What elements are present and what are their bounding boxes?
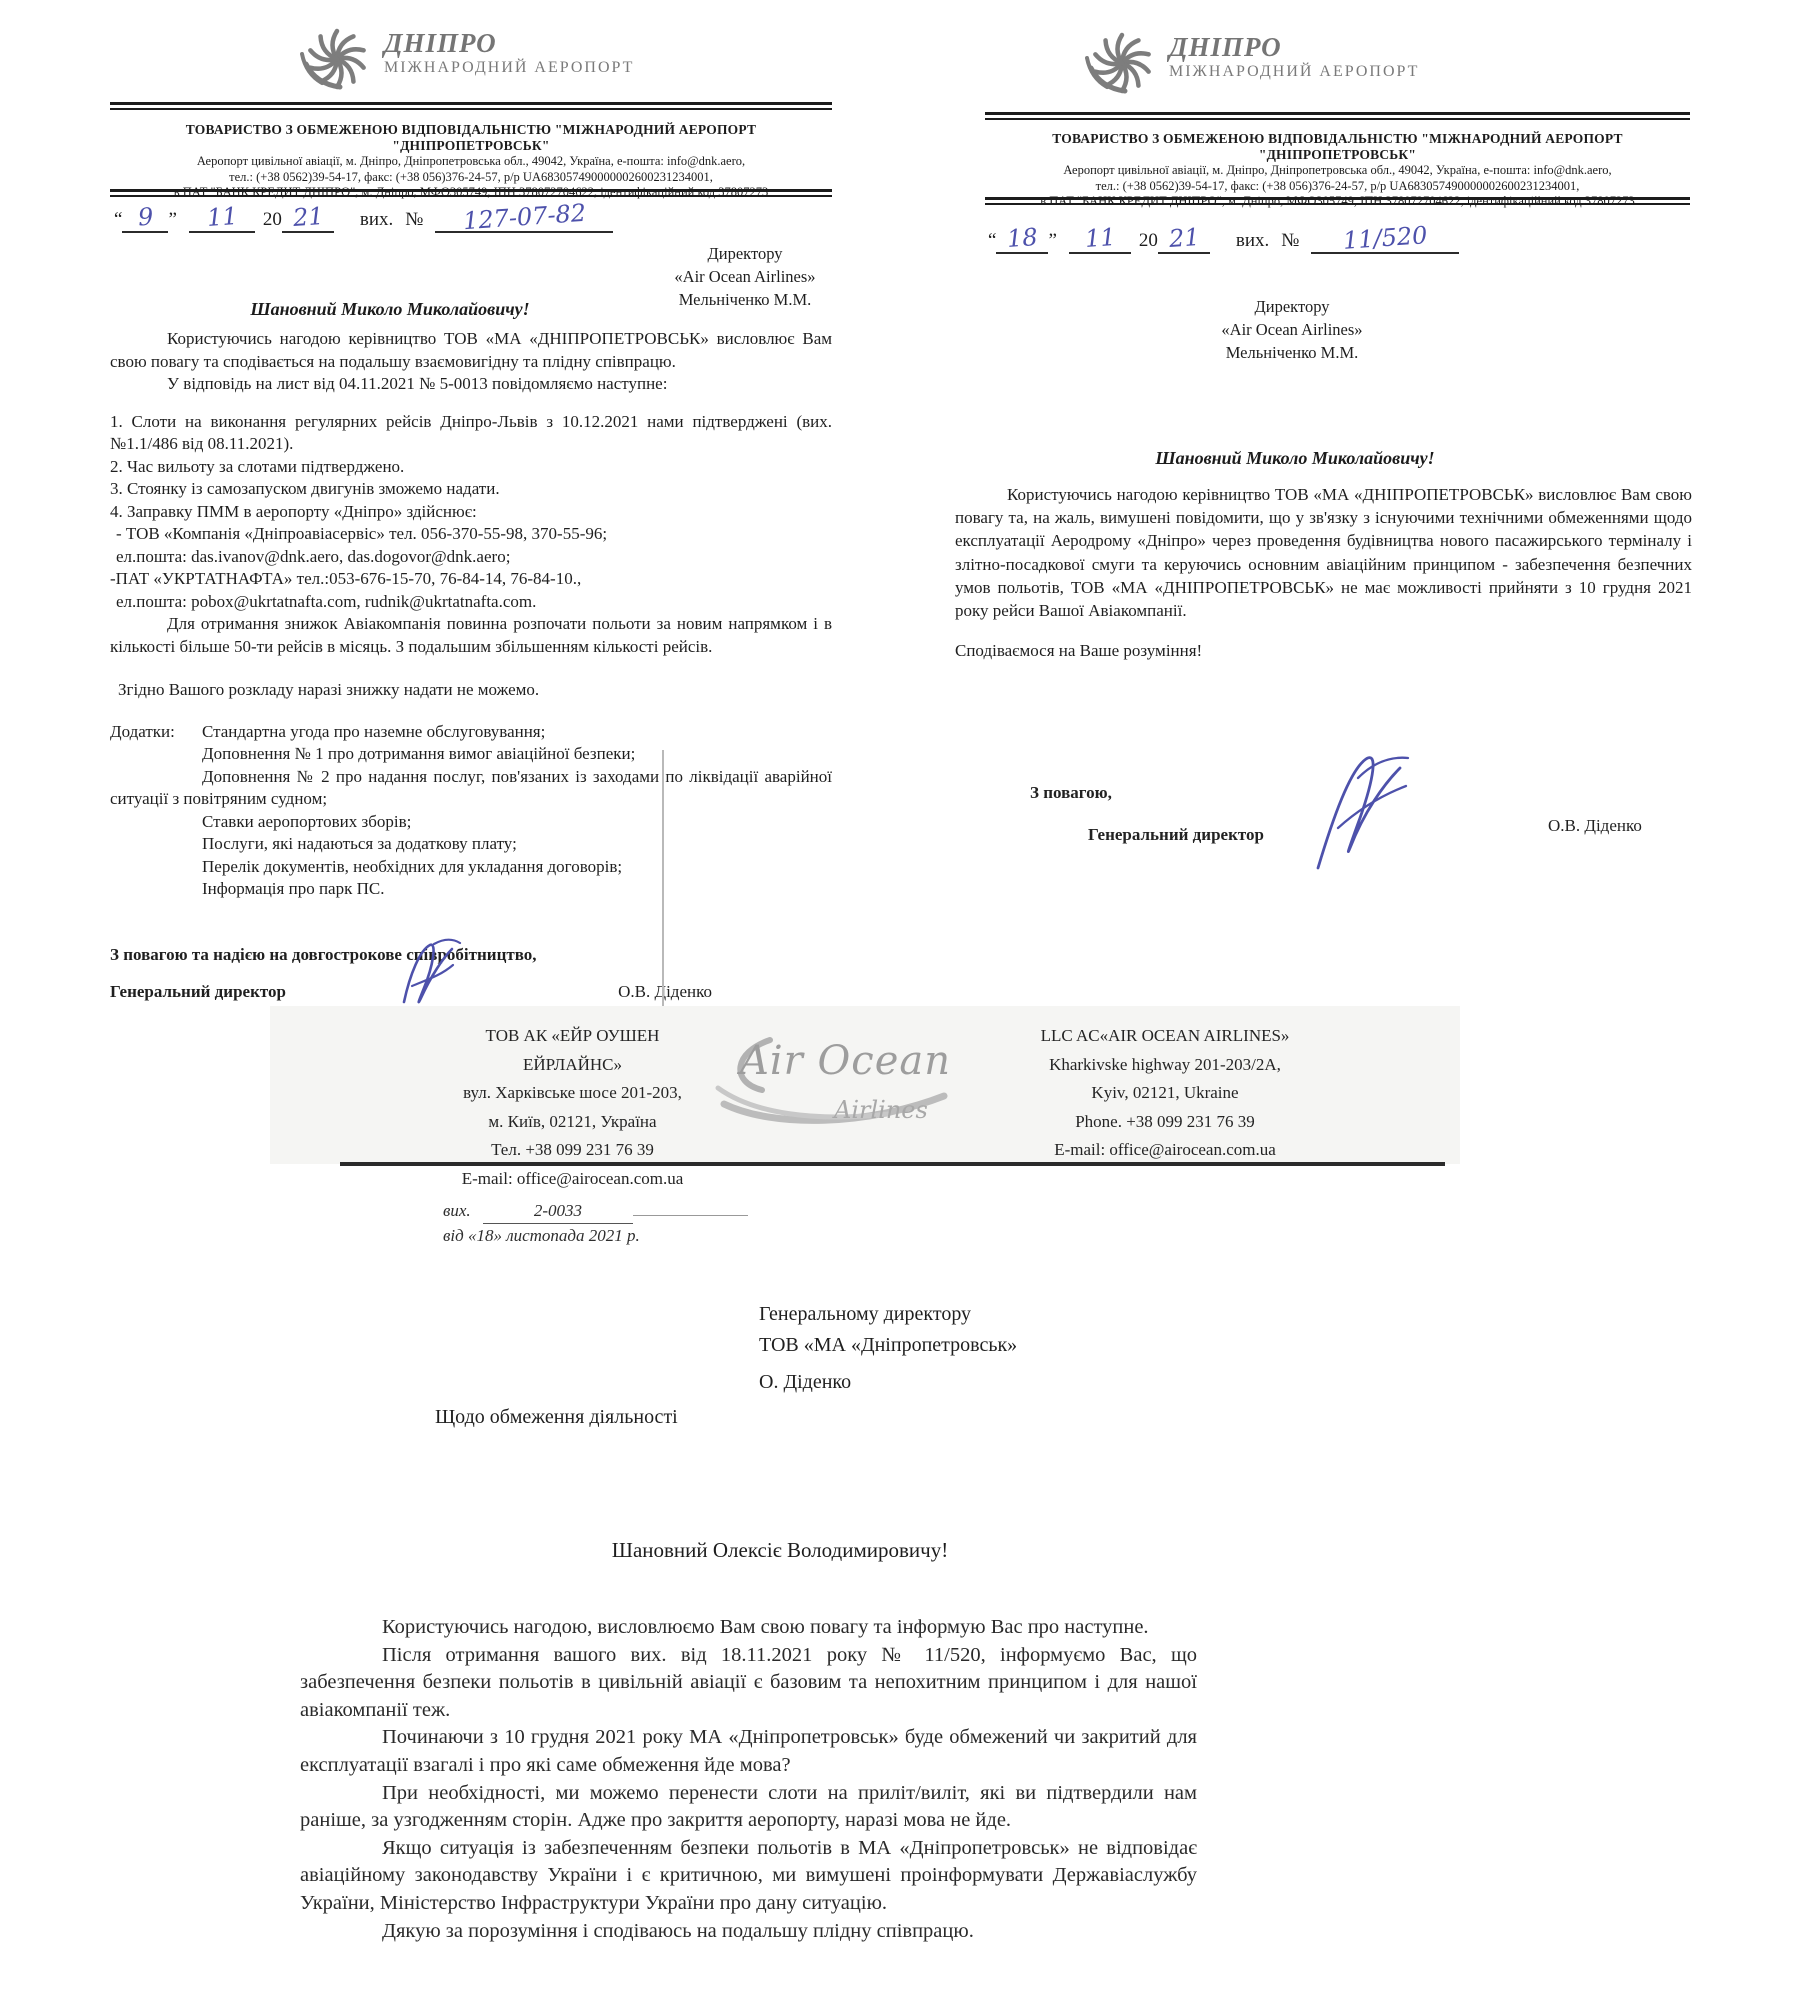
outgoing-ref-line: вих. 2-0033 — [443, 1193, 748, 1224]
ref-number: 2-0033 — [534, 1201, 582, 1220]
header-line: Kharkivske highway 201-203/2A, — [1015, 1051, 1315, 1080]
header-line: E-mail: office@airocean.com.ua — [1015, 1136, 1315, 1165]
header-line: LLC AC«AIR OCEAN AIRLINES» — [1015, 1022, 1315, 1051]
addressee-block: Генеральному директору ТОВ «МА «Дніпропе… — [759, 1299, 1017, 1398]
header-line: E-mail: office@airocean.com.ua — [440, 1165, 705, 1194]
air-ocean-logo-text: Air Ocean — [740, 1038, 951, 1084]
ref-label: вих. — [443, 1201, 471, 1220]
header-divider-rule — [340, 1162, 1445, 1166]
addressee-line: Генеральному директору — [759, 1299, 1017, 1330]
subject-line: Щодо обмеження діяльності — [435, 1406, 678, 1429]
bottom-letter: ТОВ АК «ЕЙР ОУШЕН ЕЙРЛАЙНС» вул. Харківс… — [0, 0, 1800, 2000]
header-line: м. Київ, 02121, Україна — [440, 1108, 705, 1137]
body-paragraph: Після отримання вашого вих. від 18.11.20… — [300, 1642, 1197, 1725]
air-ocean-logo: Air Ocean Airlines — [712, 1024, 957, 1149]
addressee-line: ТОВ «МА «Дніпропетровськ» — [759, 1330, 1017, 1361]
letter-body: Користуючись нагодою, висловлюємо Вам св… — [300, 1614, 1197, 1945]
body-paragraph: Дякую за порозуміння і сподіваюсь на под… — [300, 1918, 1197, 1946]
airocean-header-right: LLC AC«AIR OCEAN AIRLINES» Kharkivske hi… — [1015, 1022, 1315, 1165]
air-ocean-logo-subtext: Airlines — [834, 1096, 928, 1124]
body-paragraph: Починаючи з 10 грудня 2021 року МА «Дніп… — [300, 1724, 1197, 1779]
scanned-letters-page: { "colors": { "ink": "#1f1f1f", "handwri… — [0, 0, 1800, 2000]
addressee-line: О. Діденко — [759, 1367, 1017, 1398]
letter-date: від «18» листопада 2021 р. — [443, 1226, 640, 1246]
header-line: вул. Харківське шосе 201-203, — [440, 1079, 705, 1108]
header-line: Тел. +38 099 231 76 39 — [440, 1136, 705, 1165]
header-line: Phone. +38 099 231 76 39 — [1015, 1108, 1315, 1137]
body-paragraph: Якщо ситуація із забезпеченням безпеки п… — [300, 1835, 1197, 1918]
header-line: ТОВ АК «ЕЙР ОУШЕН ЕЙРЛАЙНС» — [440, 1022, 705, 1079]
body-paragraph: При необхідності, ми можемо перенести сл… — [300, 1780, 1197, 1835]
header-line: Kyiv, 02121, Ukraine — [1015, 1079, 1315, 1108]
airocean-header-left: ТОВ АК «ЕЙР ОУШЕН ЕЙРЛАЙНС» вул. Харківс… — [440, 1022, 705, 1193]
body-paragraph: Користуючись нагодою, висловлюємо Вам св… — [300, 1614, 1197, 1642]
salutation: Шановний Олексіє Володимировичу! — [420, 1538, 1140, 1563]
